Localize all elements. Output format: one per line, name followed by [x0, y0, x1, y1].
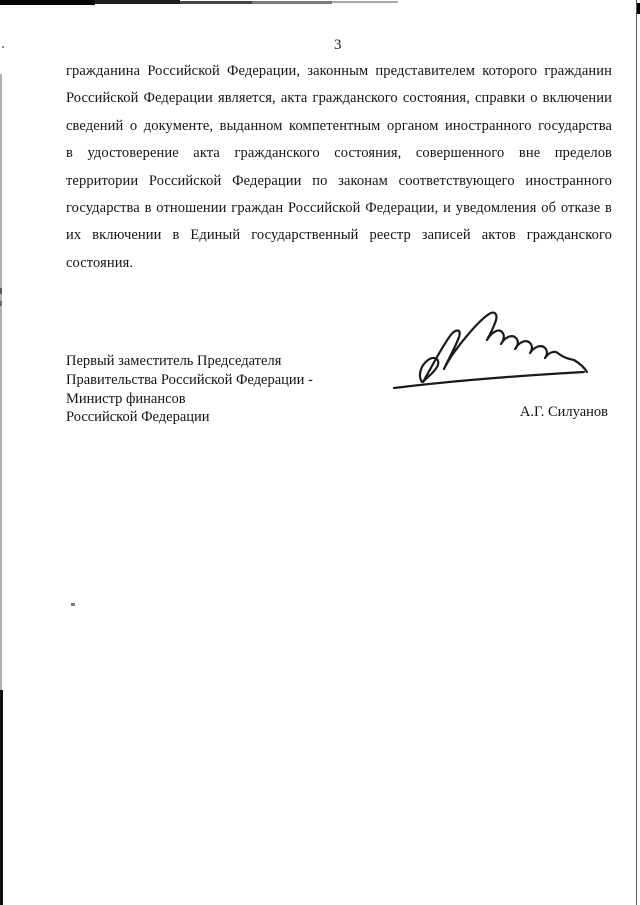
signatory-title: Первый заместитель Председателя Правител…: [66, 352, 396, 427]
scan-artifact-top-bar: [95, 0, 180, 4]
document-page: 3 гражданина Российской Федерации, закон…: [0, 0, 640, 905]
body-line: Российской Федерации является, акта граж…: [66, 85, 612, 112]
body-line: гражданина Российской Федерации, законны…: [66, 58, 612, 85]
scan-artifact-speck: [2, 46, 4, 48]
scan-artifact-top-bar: [252, 1, 332, 4]
body-line: сведений о документе, выданном компетент…: [66, 113, 612, 140]
signatory-name: А.Г. Силуанов: [520, 404, 608, 421]
body-line: государства в отношении граждан Российск…: [66, 195, 612, 222]
scan-artifact-top-bar: [0, 0, 95, 5]
signatory-title-line: Первый заместитель Председателя: [66, 352, 396, 371]
signatory-title-line: Министр финансов: [66, 390, 396, 409]
scan-artifact-top-bar: [332, 1, 398, 3]
page-number: 3: [334, 37, 342, 54]
body-paragraph: гражданина Российской Федерации, законны…: [66, 58, 612, 277]
scan-artifact-speck: [71, 603, 75, 606]
signatory-title-line: Российской Федерации: [66, 408, 396, 427]
scan-artifact-left-edge: [0, 288, 2, 294]
scan-artifact-left-edge: [0, 74, 2, 690]
body-line: в удостоверение акта гражданского состоя…: [66, 140, 612, 167]
body-line: территории Российской Федерации по закон…: [66, 168, 612, 195]
scan-artifact-left-edge: [0, 690, 3, 905]
body-line: их включении в Единый государственный ре…: [66, 222, 612, 249]
body-line: состояния.: [66, 250, 612, 277]
signatory-title-line: Правительства Российской Федерации -: [66, 371, 396, 390]
scan-artifact-top-bar: [180, 1, 252, 4]
scan-artifact-right-edge: [636, 0, 637, 905]
handwritten-signature-icon: [388, 308, 598, 400]
scan-artifact-left-edge: [0, 301, 2, 306]
